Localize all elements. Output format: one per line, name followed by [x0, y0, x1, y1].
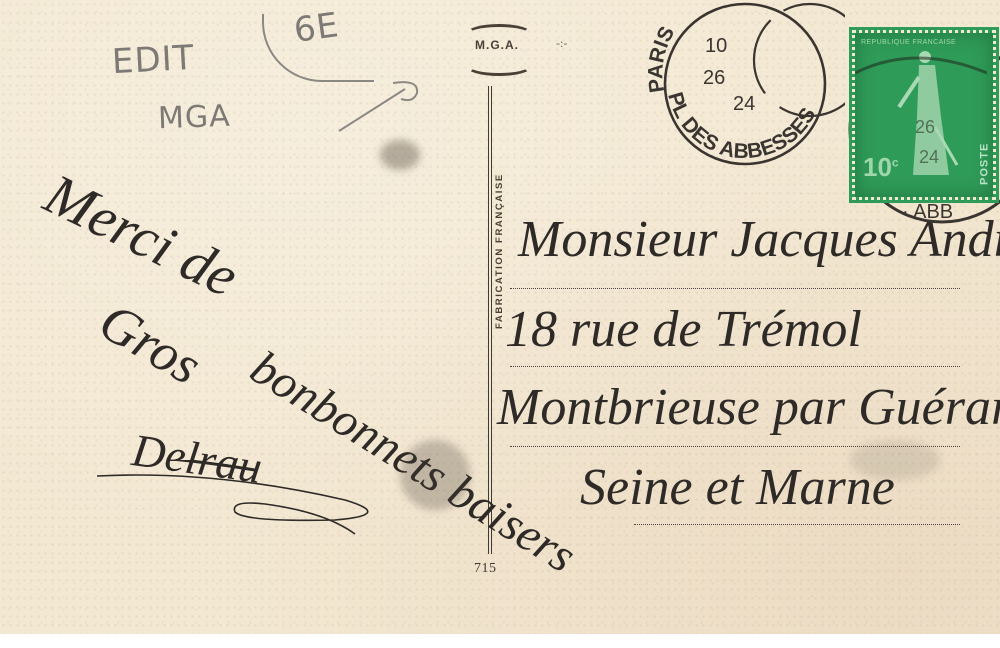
address-rule-1: [510, 288, 960, 289]
publisher-logo-text: M.G.A.: [462, 38, 532, 52]
address-line-4: Seine et Marne: [580, 458, 895, 517]
signature-flourish: [95, 460, 395, 540]
address-line-2: 18 rue de Trémol: [505, 300, 862, 359]
svg-text:PARIS: PARIS: [645, 23, 679, 94]
postage-stamp: REPUBLIQUE FRANCAISE 10c POSTE 26 24: [852, 30, 996, 200]
scan-margin: [0, 634, 1000, 648]
fabrication-francaise-label: FABRICATION FRANÇAISE: [494, 170, 505, 332]
pencil-note-edit: EDIT: [111, 38, 195, 82]
address-rule-4: [634, 524, 960, 525]
ink-smudge: [380, 140, 420, 170]
card-number: 715: [474, 561, 497, 577]
pencil-note-code: 6E: [291, 5, 341, 51]
svg-text:24: 24: [919, 147, 939, 167]
svg-text:· ABB: · ABB: [902, 201, 953, 223]
pencil-arrow-icon: [335, 75, 425, 135]
address-rule-3: [510, 446, 960, 447]
publisher-logo: M.G.A.: [462, 22, 532, 72]
message-line-2: Gros: [89, 290, 212, 397]
cancellation-marks: 26 24: [855, 33, 987, 191]
message-line-1: Merci de: [35, 160, 249, 310]
logo-arc-bottom: [466, 56, 532, 76]
address-rule-2: [510, 366, 960, 367]
postmark-hour: 10: [705, 35, 727, 57]
print-mark: -:-: [556, 36, 567, 51]
postmark-year: 24: [733, 93, 755, 115]
postcard-back: EDIT MGA 6E M.G.A. -:- FABRICATION FRANÇ…: [0, 0, 1000, 634]
address-line-3: Montbrieuse par Guérard: [497, 378, 1000, 437]
pencil-note-mga: MGA: [157, 99, 231, 137]
svg-text:26: 26: [915, 117, 935, 137]
postmark: PARIS PL DES ABBESSES 10 26 24: [645, 0, 845, 170]
ink-smudge: [400, 440, 470, 510]
postmark-city: PARIS: [645, 23, 679, 94]
postmark-day: 26: [703, 67, 725, 89]
